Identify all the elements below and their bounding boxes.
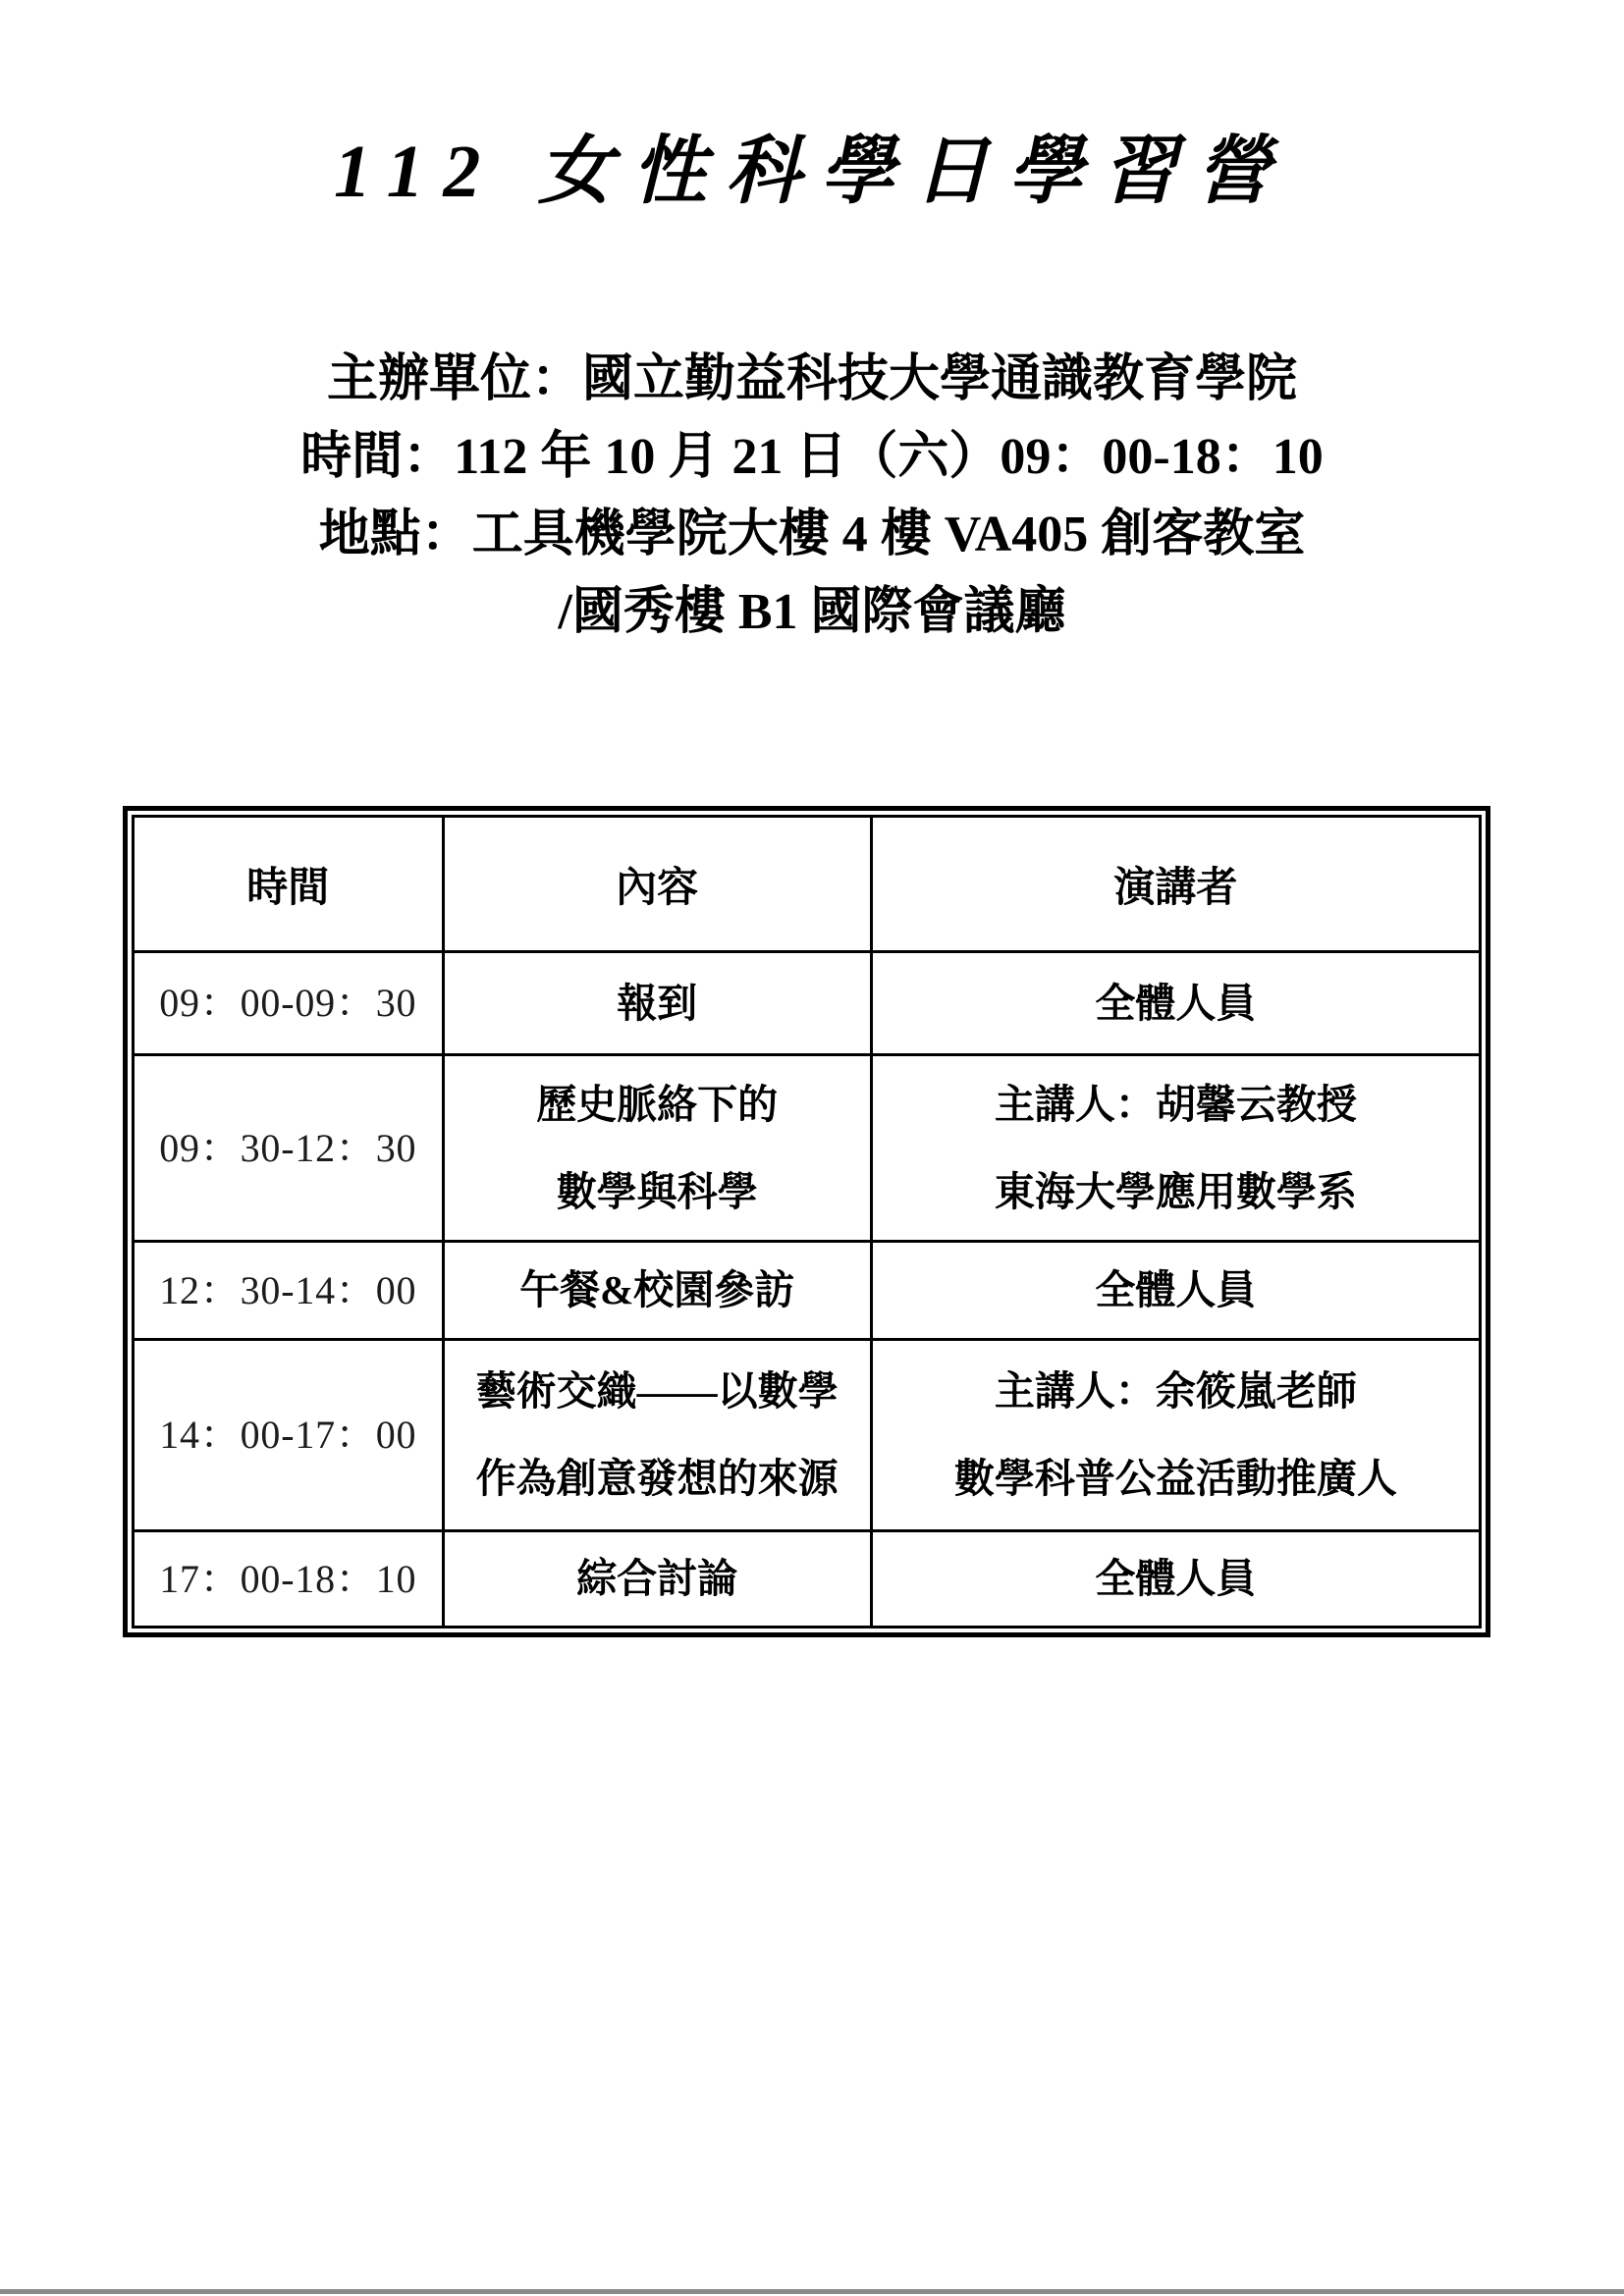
time-cell: 14：00-17：00 [134, 1340, 444, 1531]
cell-text-line: 主講人：余筱嵐老師 [873, 1369, 1479, 1414]
cell-text-line: 作為創意發想的來源 [445, 1457, 870, 1501]
schedule-table-outer-border: 時間 內容 演講者 09：00-09：30報到全體人員09：30-12：30歷史… [123, 806, 1490, 1637]
table-row: 09：30-12：30歷史脈絡下的數學與科學主講人：胡馨云教授東海大學應用數學系 [134, 1055, 1481, 1242]
speaker-cell: 全體人員 [871, 1242, 1480, 1340]
schedule-table-body: 09：00-09：30報到全體人員09：30-12：30歷史脈絡下的數學與科學主… [134, 952, 1481, 1628]
table-row: 09：00-09：30報到全體人員 [134, 952, 1481, 1055]
table-row: 12：30-14：00午餐&校園參訪全體人員 [134, 1242, 1481, 1340]
cell-text-line: 17：00-18：10 [135, 1558, 442, 1601]
table-row: 17：00-18：10綜合討論全體人員 [134, 1531, 1481, 1628]
cell-text-line: 09：30-12：30 [135, 1127, 442, 1170]
location-line-2: /國秀樓 B1 國際會議廳 [0, 573, 1624, 651]
time-cell: 12：30-14：00 [134, 1242, 444, 1340]
time-cell: 09：30-12：30 [134, 1055, 444, 1242]
content-cell: 午餐&校園參訪 [443, 1242, 871, 1340]
location-line: 地點：工具機學院大樓 4 樓 VA405 創客教室 [0, 496, 1624, 573]
speaker-cell: 全體人員 [871, 1531, 1480, 1628]
organizer-line: 主辦單位：國立勤益科技大學通識教育學院 [0, 341, 1624, 418]
time-cell: 09：00-09：30 [134, 952, 444, 1055]
cell-text-line: 歷史脈絡下的 [445, 1083, 870, 1127]
cell-text-line: 14：00-17：00 [135, 1414, 442, 1457]
content-cell: 藝術交織——以數學作為創意發想的來源 [443, 1340, 871, 1531]
cell-text-line: 午餐&校園參訪 [445, 1268, 870, 1312]
table-row: 14：00-17：00藝術交織——以數學作為創意發想的來源主講人：余筱嵐老師數學… [134, 1340, 1481, 1531]
table-header-row: 時間 內容 演講者 [134, 817, 1481, 952]
schedule-table: 時間 內容 演講者 09：00-09：30報到全體人員09：30-12：30歷史… [132, 815, 1482, 1629]
cell-text-line: 09：00-09：30 [135, 982, 442, 1025]
cell-text-line: 數學科普公益活動推廣人 [873, 1457, 1479, 1501]
header-time: 時間 [134, 817, 444, 952]
speaker-cell: 主講人：胡馨云教授東海大學應用數學系 [871, 1055, 1480, 1242]
cell-text-line: 12：30-14：00 [135, 1269, 442, 1312]
cell-text-line: 報到 [445, 982, 870, 1026]
document-title: 112 女性科學日學習營 [0, 0, 1624, 215]
speaker-cell: 全體人員 [871, 952, 1480, 1055]
cell-text-line: 全體人員 [873, 982, 1479, 1026]
event-info-block: 主辦單位：國立勤益科技大學通識教育學院 時間：112 年 10 月 21 日（六… [0, 341, 1624, 651]
cell-text-line: 東海大學應用數學系 [873, 1170, 1479, 1214]
time-cell: 17：00-18：10 [134, 1531, 444, 1628]
cell-text-line: 藝術交織——以數學 [445, 1369, 870, 1414]
page-bottom-edge [0, 2289, 1624, 2294]
document-page: 112 女性科學日學習營 主辦單位：國立勤益科技大學通識教育學院 時間：112 … [0, 0, 1624, 2296]
header-content: 內容 [443, 817, 871, 952]
content-cell: 綜合討論 [443, 1531, 871, 1628]
cell-text-line: 主講人：胡馨云教授 [873, 1083, 1479, 1127]
time-line: 時間：112 年 10 月 21 日（六）09：00-18：10 [0, 418, 1624, 496]
cell-text-line: 數學與科學 [445, 1170, 870, 1214]
cell-text-line: 全體人員 [873, 1268, 1479, 1312]
header-speaker: 演講者 [871, 817, 1480, 952]
content-cell: 報到 [443, 952, 871, 1055]
cell-text-line: 全體人員 [873, 1557, 1479, 1601]
speaker-cell: 主講人：余筱嵐老師數學科普公益活動推廣人 [871, 1340, 1480, 1531]
cell-text-line: 綜合討論 [445, 1557, 870, 1601]
content-cell: 歷史脈絡下的數學與科學 [443, 1055, 871, 1242]
